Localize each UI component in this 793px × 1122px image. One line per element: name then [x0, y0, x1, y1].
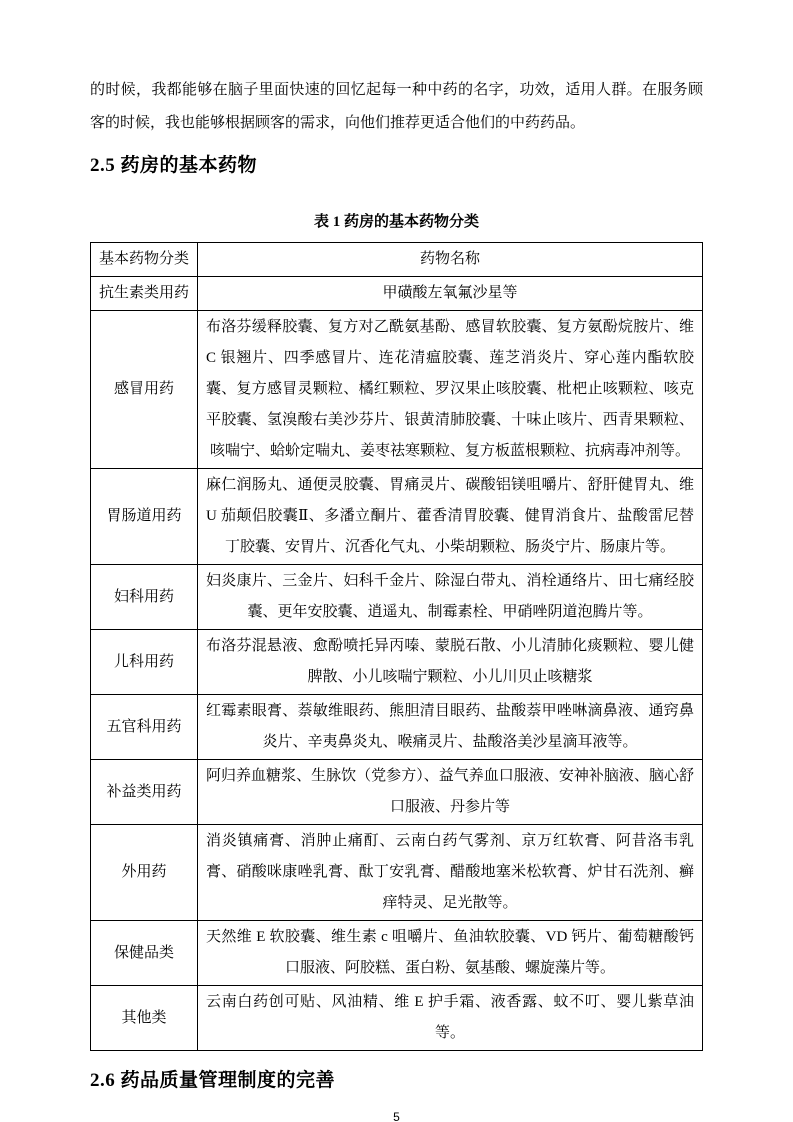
category-cell: 补益类用药 [91, 760, 198, 825]
category-cell: 感冒用药 [91, 311, 198, 469]
section-heading-2-5: 2.5 药房的基本药物 [90, 154, 703, 178]
document-page: 的时候，我都能够在脑子里面快速的回忆起每一种中药的名字，功效，适用人群。在服务顾… [0, 0, 793, 1122]
drugs-cell: 天然维 E 软胶囊、维生素 c 咀嚼片、鱼油软胶囊、VD 钙片、葡萄糖酸钙口服液… [198, 921, 703, 986]
table-body: 抗生素类用药甲磺酸左氧氟沙星等感冒用药布洛芬缓释胶囊、复方对乙酰氨基酚、感冒软胶… [91, 277, 703, 1051]
table-header-row: 基本药物分类 药物名称 [91, 243, 703, 277]
drugs-cell: 麻仁润肠丸、通便灵胶囊、胃痛灵片、碳酸铝镁咀嚼片、舒肝健胃丸、维 U 茄颠侣胶囊… [198, 469, 703, 565]
table-caption: 表 1 药房的基本药物分类 [90, 211, 703, 233]
drugs-cell: 红霉素眼膏、萘敏维眼药、熊胆清目眼药、盐酸萘甲唑啉滴鼻液、通窍鼻炎片、辛夷鼻炎丸… [198, 695, 703, 760]
table-header-category: 基本药物分类 [91, 243, 198, 277]
table-row: 五官科用药红霉素眼膏、萘敏维眼药、熊胆清目眼药、盐酸萘甲唑啉滴鼻液、通窍鼻炎片、… [91, 695, 703, 760]
category-cell: 五官科用药 [91, 695, 198, 760]
table-row: 儿科用药布洛芬混悬液、愈酚喷托异丙嗪、蒙脱石散、小儿清肺化痰颗粒、婴儿健脾散、小… [91, 630, 703, 695]
category-cell: 保健品类 [91, 921, 198, 986]
table-row: 外用药消炎镇痛膏、消肿止痛酊、云南白药气雾剂、京万红软膏、阿昔洛韦乳膏、硝酸咪康… [91, 825, 703, 921]
table-row: 补益类用药阿归养血糖浆、生脉饮（党参方）、益气养血口服液、安神补脑液、脑心舒口服… [91, 760, 703, 825]
category-cell: 妇科用药 [91, 565, 198, 630]
category-cell: 外用药 [91, 825, 198, 921]
table-row: 保健品类天然维 E 软胶囊、维生素 c 咀嚼片、鱼油软胶囊、VD 钙片、葡萄糖酸… [91, 921, 703, 986]
drugs-cell: 布洛芬缓释胶囊、复方对乙酰氨基酚、感冒软胶囊、复方氨酚烷胺片、维 C 银翘片、四… [198, 311, 703, 469]
section-heading-2-6: 2.6 药品质量管理制度的完善 [90, 1069, 703, 1093]
intro-paragraph: 的时候，我都能够在脑子里面快速的回忆起每一种中药的名字，功效，适用人群。在服务顾… [90, 74, 703, 140]
table-header-drug-names: 药物名称 [198, 243, 703, 277]
category-cell: 抗生素类用药 [91, 277, 198, 311]
drugs-cell: 云南白药创可贴、风油精、维 E 护手霜、液香露、蚊不叮、婴儿紫草油等。 [198, 986, 703, 1051]
drugs-cell: 阿归养血糖浆、生脉饮（党参方）、益气养血口服液、安神补脑液、脑心舒口服液、丹参片… [198, 760, 703, 825]
drugs-cell: 布洛芬混悬液、愈酚喷托异丙嗪、蒙脱石散、小儿清肺化痰颗粒、婴儿健脾散、小儿咳喘宁… [198, 630, 703, 695]
category-cell: 胃肠道用药 [91, 469, 198, 565]
table-row: 感冒用药布洛芬缓释胶囊、复方对乙酰氨基酚、感冒软胶囊、复方氨酚烷胺片、维 C 银… [91, 311, 703, 469]
basic-drugs-table: 基本药物分类 药物名称 抗生素类用药甲磺酸左氧氟沙星等感冒用药布洛芬缓释胶囊、复… [90, 242, 703, 1051]
table-row: 抗生素类用药甲磺酸左氧氟沙星等 [91, 277, 703, 311]
table-row: 胃肠道用药麻仁润肠丸、通便灵胶囊、胃痛灵片、碳酸铝镁咀嚼片、舒肝健胃丸、维 U … [91, 469, 703, 565]
drugs-cell: 消炎镇痛膏、消肿止痛酊、云南白药气雾剂、京万红软膏、阿昔洛韦乳膏、硝酸咪康唑乳膏… [198, 825, 703, 921]
category-cell: 儿科用药 [91, 630, 198, 695]
drugs-cell: 妇炎康片、三金片、妇科千金片、除湿白带丸、消栓通络片、田七痛经胶囊、更年安胶囊、… [198, 565, 703, 630]
category-cell: 其他类 [91, 986, 198, 1051]
drugs-cell: 甲磺酸左氧氟沙星等 [198, 277, 703, 311]
table-row: 其他类云南白药创可贴、风油精、维 E 护手霜、液香露、蚊不叮、婴儿紫草油等。 [91, 986, 703, 1051]
table-row: 妇科用药妇炎康片、三金片、妇科千金片、除湿白带丸、消栓通络片、田七痛经胶囊、更年… [91, 565, 703, 630]
page-number: 5 [90, 1110, 703, 1122]
